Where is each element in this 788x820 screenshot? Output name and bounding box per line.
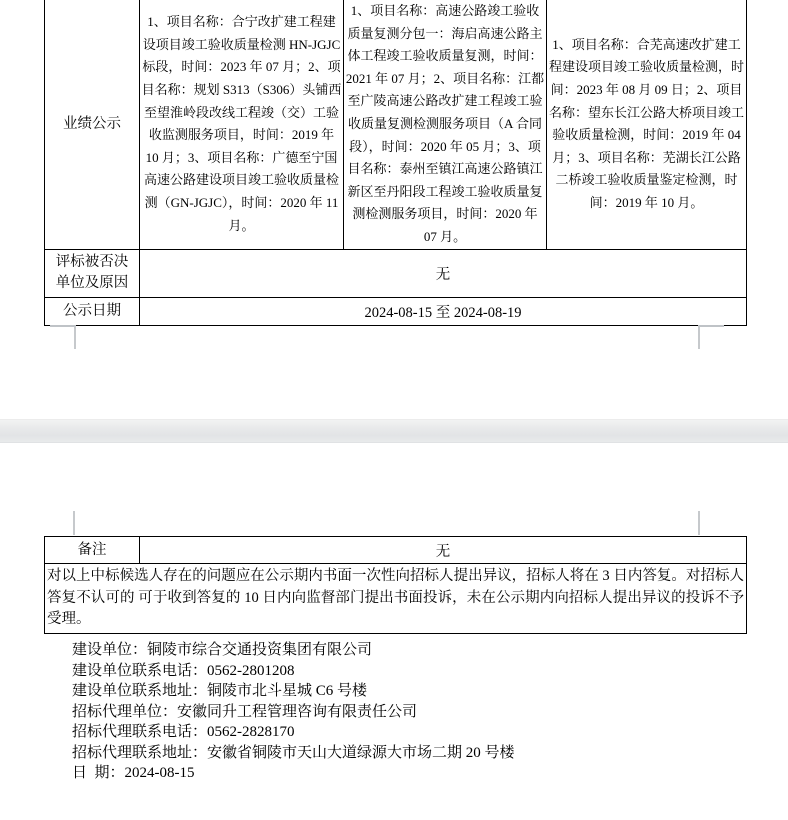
bidding-agency-line: 招标代理单位：安徽同升工程管理咨询有限责任公司	[72, 702, 712, 723]
page-separator-band	[0, 419, 788, 443]
remark-row-label: 备注	[45, 537, 140, 564]
bidding-agency-phone-line: 招标代理联系电话：0562-2828170	[72, 722, 712, 743]
page1-bottom-right-margin-mark	[698, 325, 724, 349]
date-line: 日 期：2024-08-15	[72, 763, 712, 784]
performance-bidder2-cell: 1、项目名称：高速公路竣工验收质量复测分包一：海启高速公路主体工程竣工验收质量复…	[344, 0, 547, 249]
performance-bidder1-cell: 1、项目名称：合宁改扩建工程建设项目竣工验收质量检测 HN-JGJC 标段，时间…	[140, 0, 344, 249]
performance-row-label: 业绩公示	[45, 0, 140, 249]
bidding-agency-address-line: 招标代理联系地址：安徽省铜陵市天山大道绿源大市场二期 20 号楼	[72, 743, 712, 764]
page2-top-right-margin-mark	[698, 511, 700, 535]
page1-bottom-left-margin-mark	[50, 325, 76, 349]
page2-top-left-margin-mark	[73, 511, 75, 535]
table-row-remark: 备注 无	[45, 537, 747, 564]
table-row-performance: 业绩公示 1、项目名称：合宁改扩建工程建设项目竣工验收质量检测 HN-JGJC …	[45, 0, 747, 249]
contact-info-block: 建设单位：铜陵市综合交通投资集团有限公司 建设单位联系电话：0562-28012…	[72, 640, 712, 784]
construction-unit-phone-line: 建设单位联系电话：0562-2801208	[72, 661, 712, 682]
document-page: 业绩公示 1、项目名称：合宁改扩建工程建设项目竣工验收质量检测 HN-JGJC …	[0, 0, 788, 820]
performance-bidder3-cell: 1、项目名称：合芜高速改扩建工程建设项目竣工验收质量检测，时间：2023 年 0…	[547, 0, 747, 249]
publicity-date-row-label: 公示日期	[45, 297, 140, 325]
table-row-publicity-date: 公示日期 2024-08-15 至 2024-08-19	[45, 297, 747, 325]
remark-value: 无	[140, 537, 747, 564]
objection-notice-text: 对以上中标候选人存在的问题应在公示期内书面一次性向招标人提出异议，招标人将在 3…	[45, 564, 747, 634]
publicity-date-value: 2024-08-15 至 2024-08-19	[140, 297, 747, 325]
rejected-units-value: 无	[140, 249, 747, 297]
bid-candidates-table: 业绩公示 1、项目名称：合宁改扩建工程建设项目竣工验收质量检测 HN-JGJC …	[44, 0, 747, 326]
construction-unit-line: 建设单位：铜陵市综合交通投资集团有限公司	[72, 640, 712, 661]
remarks-table: 备注 无 对以上中标候选人存在的问题应在公示期内书面一次性向招标人提出异议，招标…	[44, 536, 747, 634]
rejected-units-row-label: 评标被否决单位及原因	[45, 249, 140, 297]
table-row-objection-notice: 对以上中标候选人存在的问题应在公示期内书面一次性向招标人提出异议，招标人将在 3…	[45, 564, 747, 634]
table-row-rejected-units: 评标被否决单位及原因 无	[45, 249, 747, 297]
construction-unit-address-line: 建设单位联系地址：铜陵市北斗星城 C6 号楼	[72, 681, 712, 702]
